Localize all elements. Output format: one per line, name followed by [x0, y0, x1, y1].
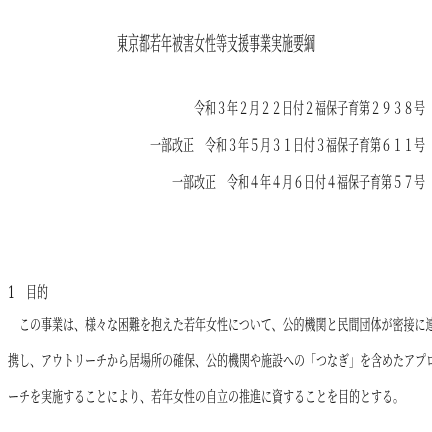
revision-amendment-1: 一部改正 令和３年５月３１日付３福保子育第６１１号 [150, 133, 425, 157]
revision-line: 一部改正 令和４年４月６日付４福保子育第５７号 [0, 170, 425, 207]
body-text-line: 携し、アウトリーチから居場所の確保、公的機関や施設への「つなぎ」を含めたアプロ [8, 349, 432, 385]
document-title: 東京都若年被害女性等支援事業実施要綱 [117, 29, 315, 58]
document-page: 東京都若年被害女性等支援事業実施要綱 令和３年２月２２日付２福保子育第２９３８号… [0, 0, 432, 432]
revision-line: 一部改正 令和３年５月３１日付３福保子育第６１１号 [0, 133, 425, 170]
section-heading-purpose: 1 目的 [8, 280, 48, 304]
section-body: この事業は、様々な困難を抱えた若年女性について、公的機関と民間団体が密接に連 携… [8, 313, 432, 421]
revision-original-date: 令和３年２月２２日付２福保子育第２９３８号 [194, 96, 425, 120]
revision-line: 令和３年２月２２日付２福保子育第２９３８号 [0, 96, 425, 133]
revision-block: 令和３年２月２２日付２福保子育第２９３８号 一部改正 令和３年５月３１日付３福保… [0, 96, 425, 207]
revision-amendment-2: 一部改正 令和４年４月６日付４福保子育第５７号 [172, 170, 425, 194]
body-text-line: ーチを実施することにより、若年女性の自立の推進に資することを目的とする。 [8, 385, 432, 421]
purpose-paragraph-line-3: ーチを実施することにより、若年女性の自立の推進に資することを目的とする。 [8, 385, 404, 407]
purpose-paragraph-line-2: 携し、アウトリーチから居場所の確保、公的機関や施設への「つなぎ」を含めたアプロ [8, 349, 432, 371]
purpose-paragraph-line-1: この事業は、様々な困難を抱えた若年女性について、公的機関と民間団体が密接に連 [8, 313, 432, 335]
body-text-line: この事業は、様々な困難を抱えた若年女性について、公的機関と民間団体が密接に連 [8, 313, 432, 349]
section-heading-line: 1 目的 [8, 280, 48, 296]
document-title-line: 東京都若年被害女性等支援事業実施要綱 [0, 29, 432, 45]
